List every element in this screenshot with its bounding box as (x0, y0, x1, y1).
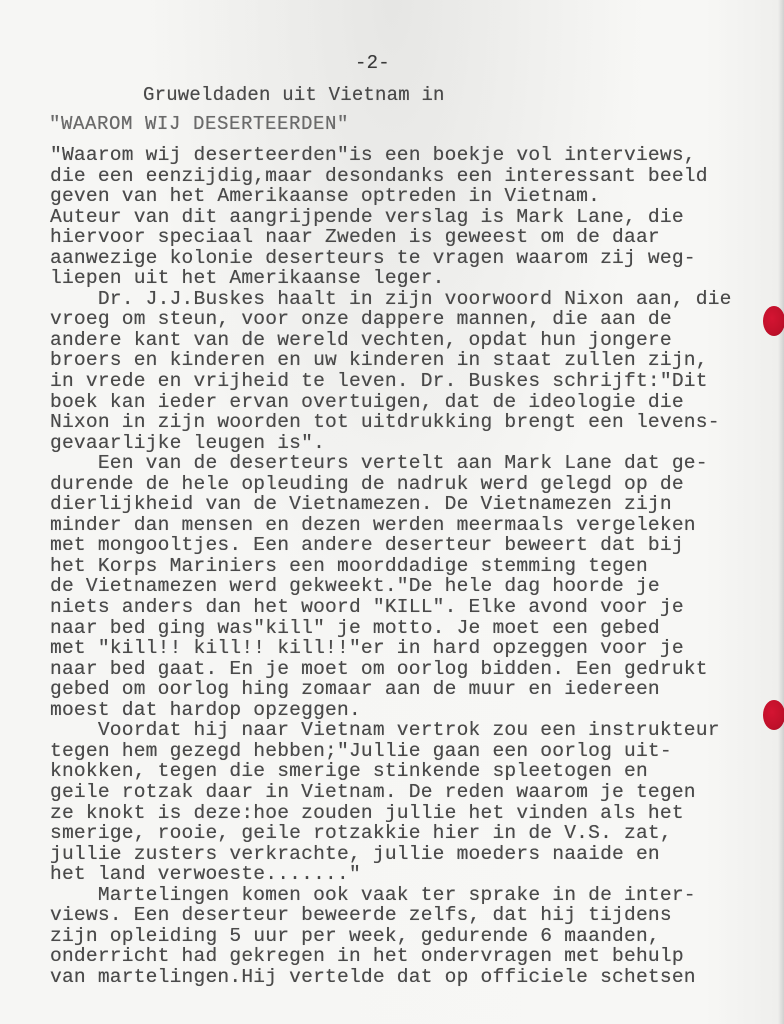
body-line: geven van het Amerikaanse optreden in Vi… (50, 186, 732, 207)
body-line: die een eenzijdig,maar desondanks een in… (50, 166, 732, 187)
red-punch-hole-mark (763, 700, 784, 730)
body-line: het land verwoeste......." (50, 864, 732, 885)
body-line: geile rotzak daar in Vietnam. De reden w… (50, 782, 732, 803)
body-line: tegen hem gezegd hebben;"Jullie gaan een… (50, 741, 732, 762)
body-line: vroeg om steun, voor onze dappere mannen… (50, 309, 732, 330)
body-line: gevaarlijke leugen is". (50, 433, 732, 454)
body-line: naar bed ging was"kill" je motto. Je moe… (50, 618, 732, 639)
body-line: andere kant van de wereld vechten, opdat… (50, 330, 732, 351)
body-line: zijn opleiding 5 uur per week, gedurende… (50, 926, 732, 947)
body-line: minder dan mensen en dezen werden meerma… (50, 515, 732, 536)
body-line: Dr. J.J.Buskes haalt in zijn voorwoord N… (50, 289, 732, 310)
body-line: jullie zusters verkrachte, jullie moeder… (50, 844, 732, 865)
body-line: niets anders dan het woord "KILL". Elke … (50, 597, 732, 618)
body-line: gebed om oorlog hing zomaar aan de muur … (50, 679, 732, 700)
article-title: Gruweldaden uit Vietnam in (143, 84, 445, 106)
body-line: de Vietnamezen werd gekweekt."De hele da… (50, 576, 732, 597)
body-line: dierlijkheid van de Vietnamezen. De Viet… (50, 494, 732, 515)
body-line: van martelingen.Hij vertelde dat op offi… (50, 967, 732, 988)
body-line: views. Een deserteur beweerde zelfs, dat… (50, 905, 732, 926)
body-line: Voordat hij naar Vietnam vertrok zou een… (50, 720, 732, 741)
body-line: met "kill!! kill!! kill!!"er in hard opz… (50, 638, 732, 659)
body-line: moest dat hardop opzeggen. (50, 700, 732, 721)
body-line: broers en kinderen en uw kinderen in sta… (50, 350, 732, 371)
typewritten-page: -2- Gruweldaden uit Vietnam in "WAAROM W… (0, 0, 784, 1024)
body-line: durende de hele opleuding de nadruk werd… (50, 474, 732, 495)
body-line: hiervoor speciaal naar Zweden is geweest… (50, 227, 732, 248)
body-line: Een van de deserteurs vertelt aan Mark L… (50, 453, 732, 474)
body-line: boek kan ieder ervan overtuigen, dat de … (50, 392, 732, 413)
body-line: Auteur van dit aangrijpende verslag is M… (50, 207, 732, 228)
red-punch-hole-mark (763, 306, 784, 336)
body-line: smerige, rooie, geile rotzakkie hier in … (50, 823, 732, 844)
body-line: aanwezige kolonie deserteurs te vragen w… (50, 248, 732, 269)
body-line: onderricht had gekregen in het ondervrag… (50, 946, 732, 967)
body-line: liepen uit het Amerikaanse leger. (50, 268, 732, 289)
body-line: knokken, tegen die smerige stinkende spl… (50, 761, 732, 782)
body-line: met mongooltjes. Een andere deserteur be… (50, 535, 732, 556)
page-edge-shadow (778, 0, 784, 1024)
body-line: Nixon in zijn woorden tot uitdrukking br… (50, 412, 732, 433)
body-line: in vrede en vrijheid te leven. Dr. Buske… (50, 371, 732, 392)
page-number: -2- (355, 52, 390, 74)
article-subtitle: "WAAROM WIJ DESERTEERDEN" (49, 113, 349, 135)
body-line: Martelingen komen ook vaak ter sprake in… (50, 885, 732, 906)
body-line: ze knokt is deze:hoe zouden jullie het v… (50, 803, 732, 824)
body-line: het Korps Mariniers een moorddadige stem… (50, 556, 732, 577)
body-line: naar bed gaat. En je moet om oorlog bidd… (50, 659, 732, 680)
article-body: "Waarom wij deserteerden"is een boekje v… (50, 145, 732, 987)
body-line: "Waarom wij deserteerden"is een boekje v… (50, 145, 732, 166)
